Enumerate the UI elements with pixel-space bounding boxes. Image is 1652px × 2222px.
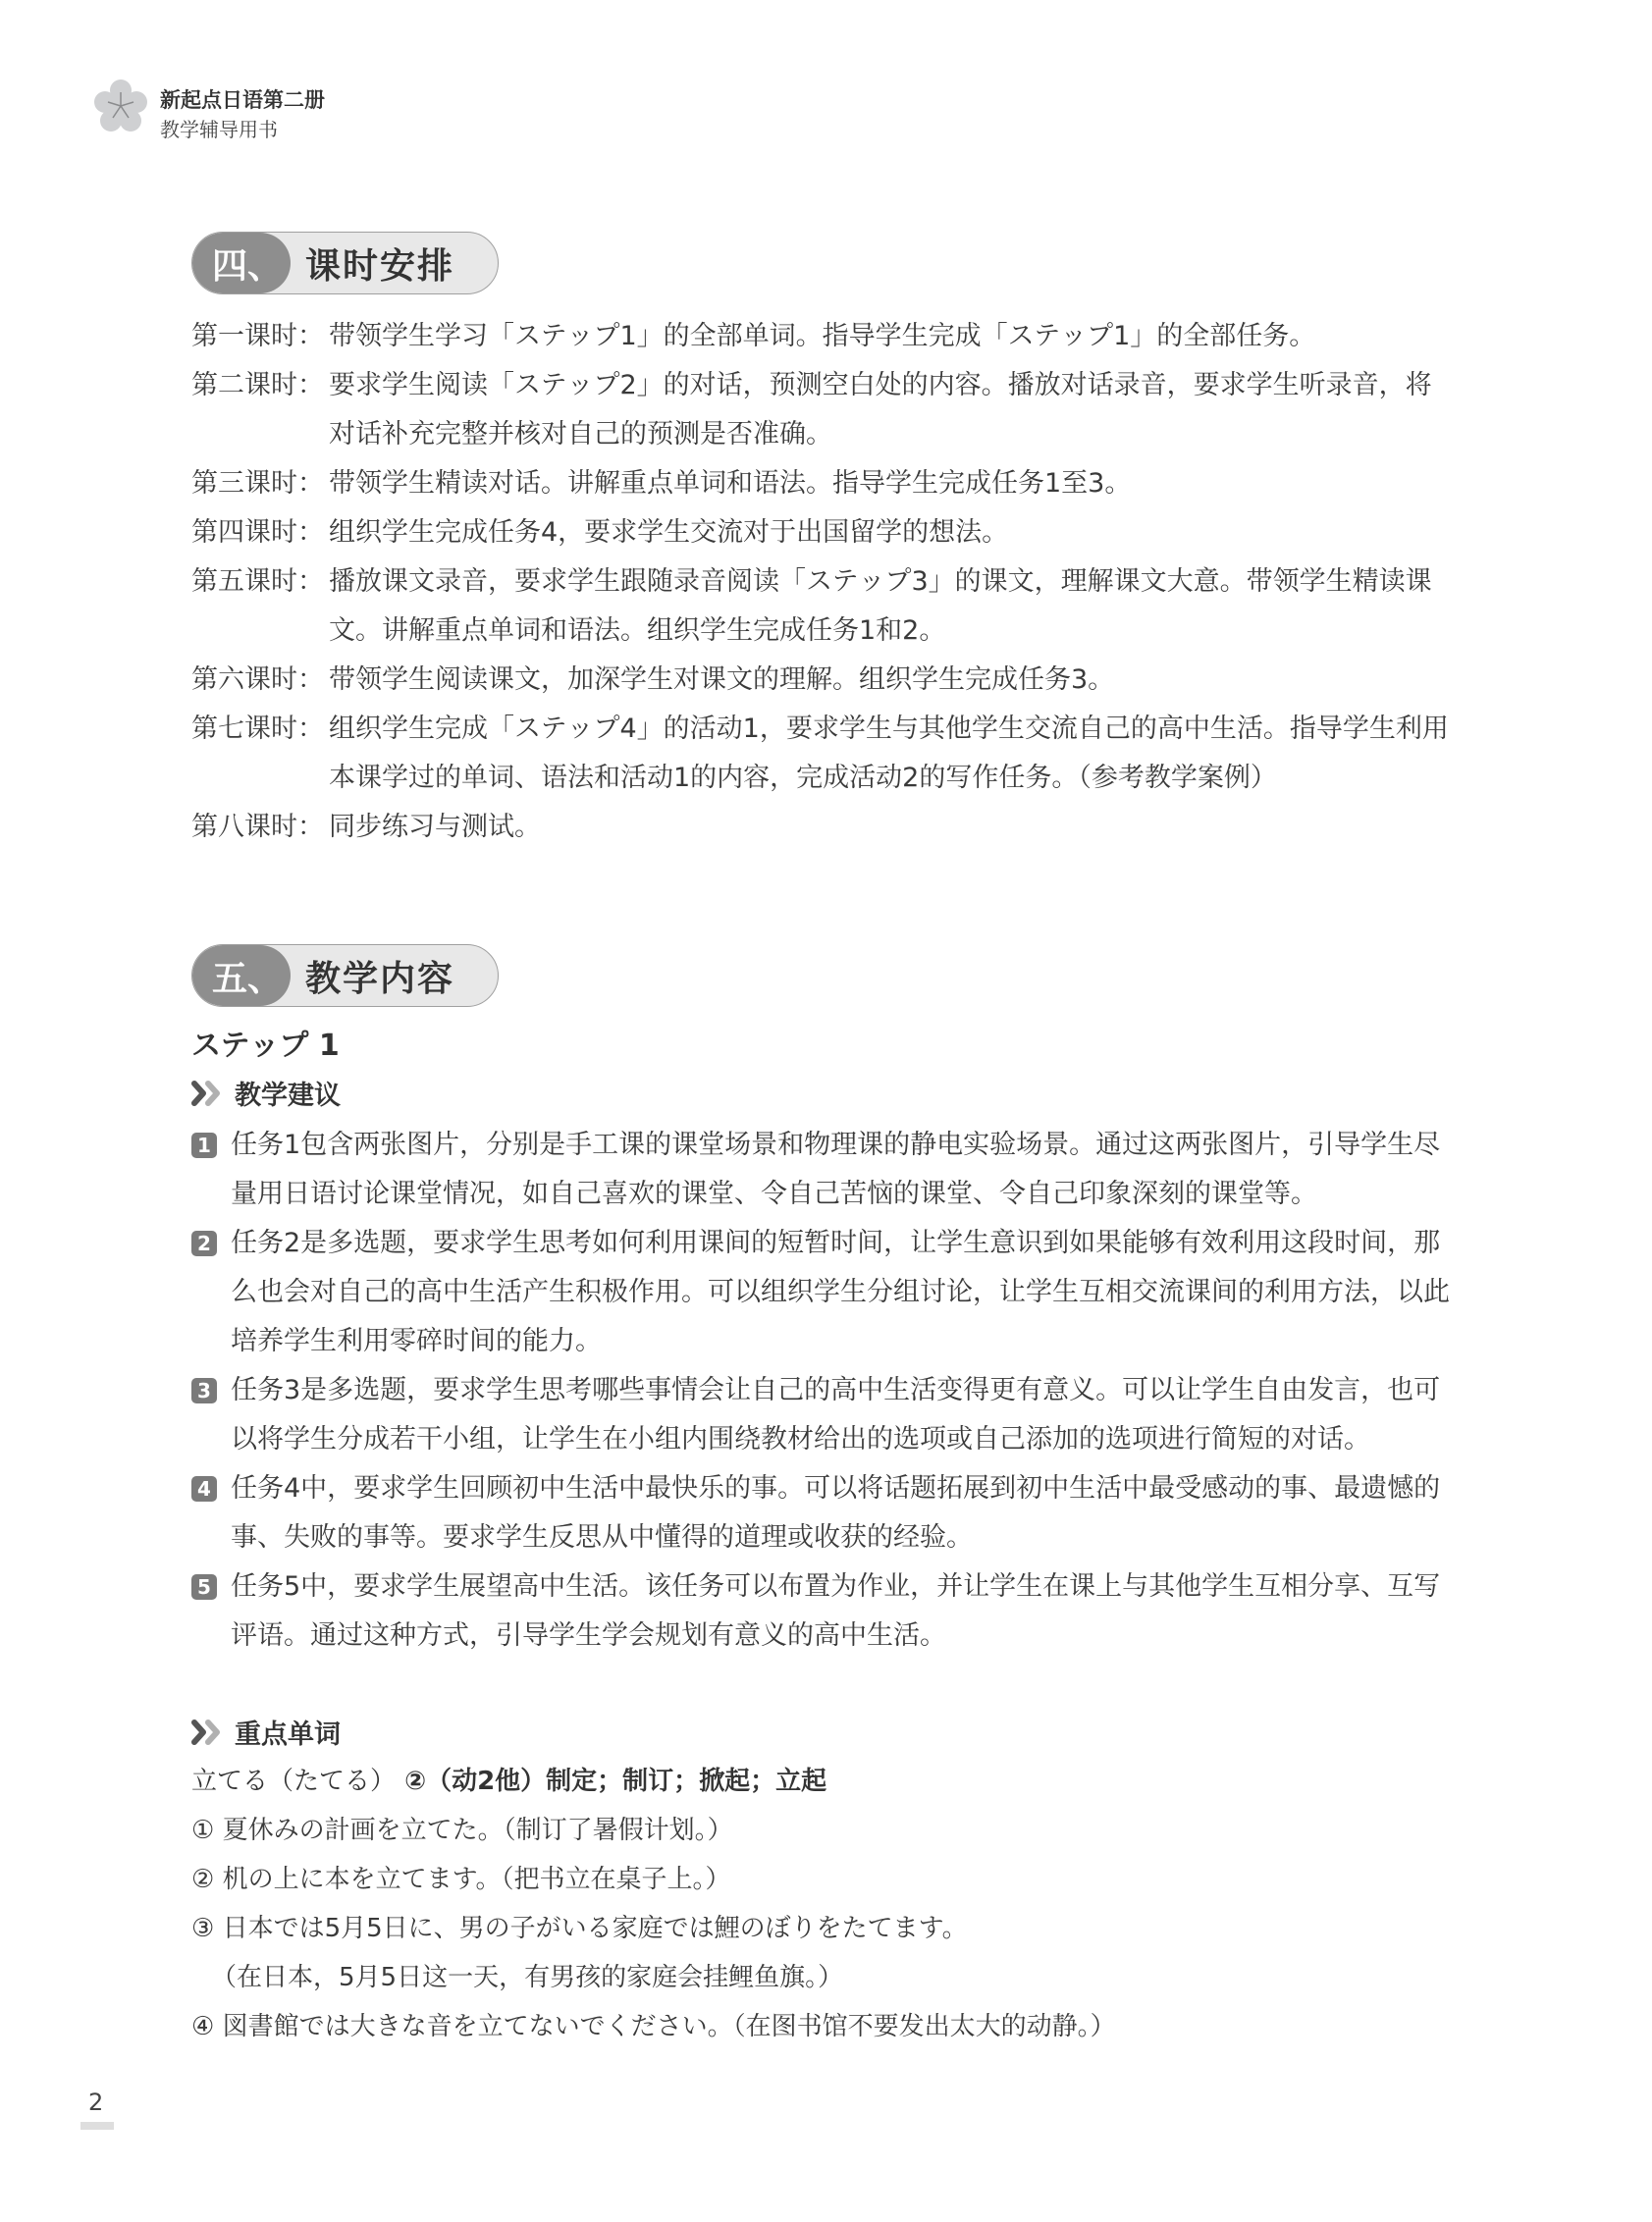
lesson-label: 第七课时： xyxy=(191,705,329,803)
vocab-headword-line: 立てる（たてる） ②（动2他）制定；制订；掀起；立起 xyxy=(191,1757,1458,1806)
list-item: 2 任务2是多选题，要求学生思考如何利用课间的短暂时间，让学生意识到如果能够有效… xyxy=(191,1219,1458,1366)
number-badge: 3 xyxy=(191,1378,217,1403)
list-item: 3 任务3是多选题，要求学生思考哪些事情会让自己的高中生活变得更有意义。可以让学… xyxy=(191,1366,1458,1464)
subheading-label: 重点单词 xyxy=(235,1713,341,1751)
page-number: 2 xyxy=(88,2089,103,2116)
lesson-row: 第八课时： 同步练习与测试。 xyxy=(191,803,1458,852)
lesson-label: 第四课时： xyxy=(191,508,329,557)
lesson-text: 组织学生完成任务4，要求学生交流对于出国留学的想法。 xyxy=(329,508,1458,557)
subheading-label: 教学建议 xyxy=(235,1074,341,1112)
lesson-row: 第六课时： 带领学生阅读课文，加深学生对课文的理解。组织学生完成任务3。 xyxy=(191,656,1458,705)
lesson-text: 播放课文录音，要求学生跟随录音阅读「ステップ3」的课文，理解课文大意。带领学生精… xyxy=(329,557,1458,656)
example-sentence: ① 夏休みの計画を立てた。（制订了暑假计划。） xyxy=(191,1806,1458,1855)
section-heading-4: 四、 课时安排 xyxy=(191,232,499,294)
subheading-key-words: 重点单词 xyxy=(191,1713,341,1751)
list-item: 1 任务1包含两张图片，分别是手工课的课堂场景和物理课的静电实验场景。通过这两张… xyxy=(191,1121,1458,1219)
lesson-row: 第二课时： 要求学生阅读「ステップ2」的对话，预测空白处的内容。播放对话录音，要… xyxy=(191,361,1458,459)
double-chevron-icon xyxy=(191,1081,223,1106)
lesson-text: 带领学生精读对话。讲解重点单词和语法。指导学生完成任务1至3。 xyxy=(329,459,1458,508)
number-badge: 2 xyxy=(191,1231,217,1256)
example-translation: （在日本，5月5日这一天，有男孩的家庭会挂鲤鱼旗。） xyxy=(191,1953,1458,2002)
lesson-label: 第二课时： xyxy=(191,361,329,459)
lesson-label: 第三课时： xyxy=(191,459,329,508)
lesson-row: 第四课时： 组织学生完成任务4，要求学生交流对于出国留学的想法。 xyxy=(191,508,1458,557)
lesson-label: 第六课时： xyxy=(191,656,329,705)
list-item: 4 任务4中，要求学生回顾初中生活中最快乐的事。可以将话题拓展到初中生活中最受感… xyxy=(191,1464,1458,1562)
list-item: 5 任务5中，要求学生展望高中生活。该任务可以布置为作业，并让学生在课上与其他学… xyxy=(191,1562,1458,1661)
tip-text: 任务3是多选题，要求学生思考哪些事情会让自己的高中生活变得更有意义。可以让学生自… xyxy=(231,1366,1458,1464)
lesson-row: 第五课时： 播放课文录音，要求学生跟随录音阅读「ステップ3」的课文，理解课文大意… xyxy=(191,557,1458,656)
vocab-entry: 立てる（たてる） ②（动2他）制定；制订；掀起；立起 ① 夏休みの計画を立てた。… xyxy=(191,1757,1458,2051)
lesson-text: 组织学生完成「ステップ4」的活动1，要求学生与其他学生交流自己的高中生活。指导学… xyxy=(329,705,1458,803)
example-sentence: ② 机の上に本を立てます。（把书立在桌子上。） xyxy=(191,1855,1458,1904)
lesson-label: 第八课时： xyxy=(191,803,329,852)
number-badge: 4 xyxy=(191,1476,217,1502)
lesson-row: 第一课时： 带领学生学习「ステップ1」的全部单词。指导学生完成「ステップ1」的全… xyxy=(191,312,1458,361)
section-number: 四、 xyxy=(192,233,291,293)
section-number: 五、 xyxy=(192,945,291,1006)
lesson-schedule: 第一课时： 带领学生学习「ステップ1」的全部单词。指导学生完成「ステップ1」的全… xyxy=(191,312,1458,852)
book-title: 新起点日语第二册 xyxy=(160,84,325,114)
section-title: 课时安排 xyxy=(305,233,454,293)
number-badge: 5 xyxy=(191,1574,217,1600)
flower-logo-icon xyxy=(93,79,148,133)
example-sentence: ④ 図書館では大きな音を立てないでください。（在图书馆不要发出太大的动静。） xyxy=(191,2002,1458,2051)
lesson-text: 带领学生学习「ステップ1」的全部单词。指导学生完成「ステップ1」的全部任务。 xyxy=(329,312,1458,361)
lesson-row: 第三课时： 带领学生精读对话。讲解重点单词和语法。指导学生完成任务1至3。 xyxy=(191,459,1458,508)
lesson-text: 要求学生阅读「ステップ2」的对话，预测空白处的内容。播放对话录音，要求学生听录音… xyxy=(329,361,1458,459)
teaching-tips-list: 1 任务1包含两张图片，分别是手工课的课堂场景和物理课的静电实验场景。通过这两张… xyxy=(191,1121,1458,1661)
vocab-definition: ②（动2他）制定；制订；掀起；立起 xyxy=(404,1767,826,1796)
tip-text: 任务2是多选题，要求学生思考如何利用课间的短暂时间，让学生意识到如果能够有效利用… xyxy=(231,1219,1458,1366)
example-sentence: ③ 日本では5月5日に、男の子がいる家庭では鯉のぼりをたてます。 xyxy=(191,1904,1458,1953)
lesson-label: 第一课时： xyxy=(191,312,329,361)
tip-text: 任务5中，要求学生展望高中生活。该任务可以布置为作业，并让学生在课上与其他学生互… xyxy=(231,1562,1458,1661)
book-subtitle: 教学辅导用书 xyxy=(160,114,278,142)
vocab-word: 立てる（たてる） xyxy=(191,1767,396,1796)
page-number-underline xyxy=(80,2122,114,2130)
double-chevron-icon xyxy=(191,1719,223,1745)
step-title: ステップ 1 xyxy=(191,1021,340,1064)
lesson-text: 带领学生阅读课文，加深学生对课文的理解。组织学生完成任务3。 xyxy=(329,656,1458,705)
lesson-label: 第五课时： xyxy=(191,557,329,656)
number-badge: 1 xyxy=(191,1133,217,1158)
lesson-text: 同步练习与测试。 xyxy=(329,803,1458,852)
subheading-teaching-tips: 教学建议 xyxy=(191,1074,341,1112)
tip-text: 任务1包含两张图片，分别是手工课的课堂场景和物理课的静电实验场景。通过这两张图片… xyxy=(231,1121,1458,1219)
section-title: 教学内容 xyxy=(305,945,454,1006)
section-heading-5: 五、 教学内容 xyxy=(191,944,499,1007)
lesson-row: 第七课时： 组织学生完成「ステップ4」的活动1，要求学生与其他学生交流自己的高中… xyxy=(191,705,1458,803)
tip-text: 任务4中，要求学生回顾初中生活中最快乐的事。可以将话题拓展到初中生活中最受感动的… xyxy=(231,1464,1458,1562)
